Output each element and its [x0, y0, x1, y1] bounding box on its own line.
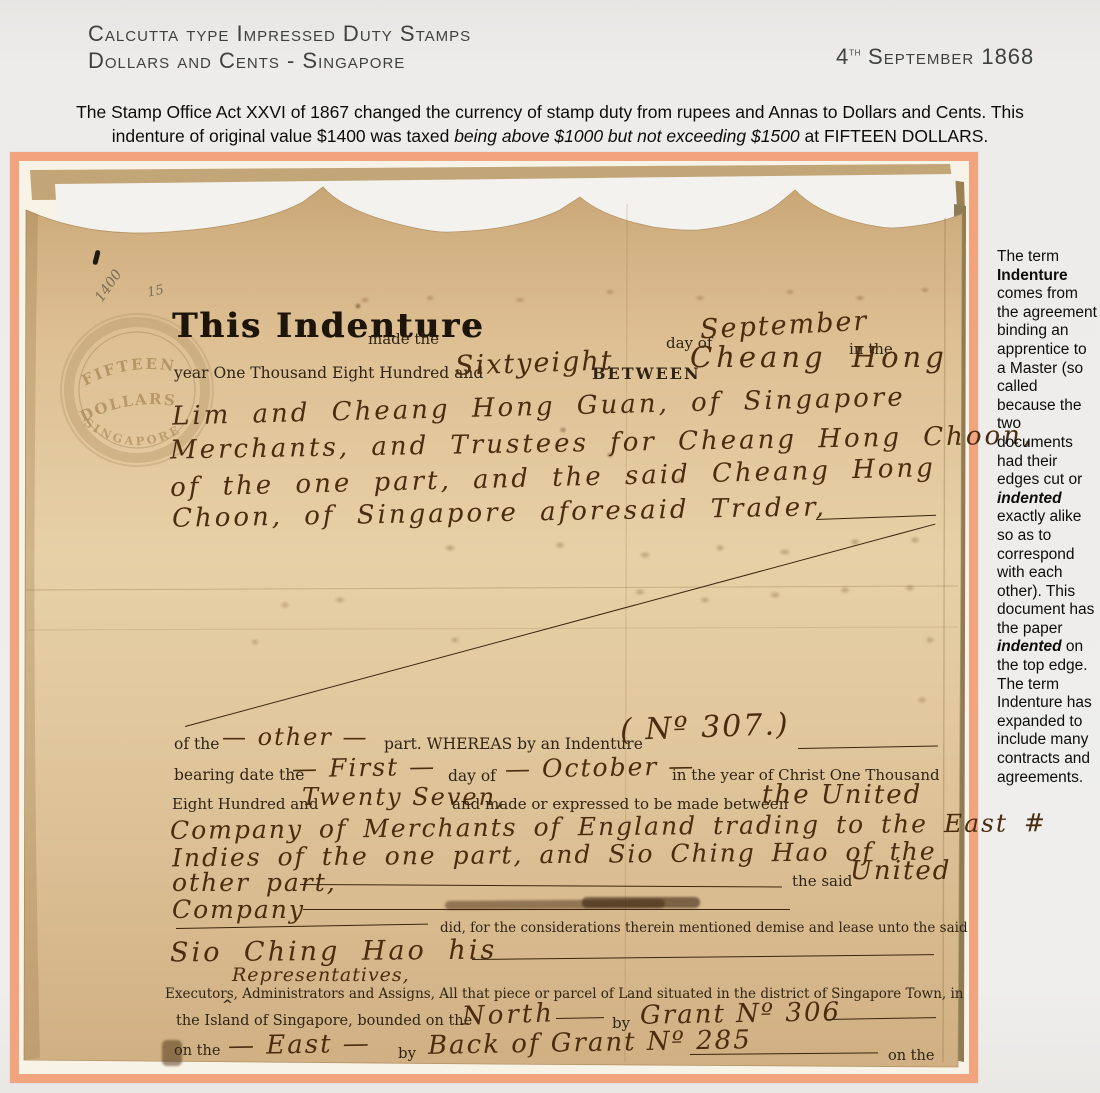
doc-year-printed: year One Thousand Eight Hundred and: [174, 364, 483, 382]
date-day: 4: [836, 44, 849, 69]
hw-grant-285: Back of Grant Nº 285: [428, 1025, 752, 1061]
doc-the-said: the said: [792, 872, 852, 890]
exhibit-page: Calcutta type Impressed Duty Stamps Doll…: [0, 0, 1100, 1093]
side-note-seg-6: indented: [997, 638, 1062, 655]
doc-made-the: made the: [368, 330, 439, 348]
hw-representatives: Representatives,: [232, 964, 410, 986]
hw-first: — First —: [292, 752, 437, 784]
hw-other: — other —: [222, 723, 368, 751]
side-note-seg-1: The term: [997, 248, 1059, 265]
hw-east: — East —: [228, 1029, 371, 1061]
date-rest: September 1868: [861, 44, 1034, 69]
doc-did-line: did, for the considerations therein ment…: [440, 920, 968, 936]
intro-paragraph: The Stamp Office Act XXVI of 1867 change…: [50, 100, 1050, 148]
hw-year: Sixtyeight: [455, 345, 615, 382]
hw-company-3: other part,: [172, 868, 337, 897]
doc-bearing: bearing date the: [174, 766, 304, 784]
hw-the-united: the United: [762, 780, 922, 810]
hw-indenture-no: ( Nº 307.): [619, 707, 790, 748]
doc-eight-hundred: Eight Hundred and: [172, 795, 318, 813]
title-line-1: Calcutta type Impressed Duty Stamps: [88, 20, 471, 47]
hw-north: North: [462, 998, 556, 1031]
doc-on-the-1: on the: [174, 1043, 220, 1059]
title-line-2: Dollars and Cents - Singapore: [88, 47, 471, 74]
doc-island-line: the Island of Singapore, bounded on the: [176, 1013, 472, 1029]
doc-on-the-2: on the: [888, 1048, 934, 1064]
doc-part-whereas: part. WHEREAS by an Indenture: [384, 735, 643, 753]
doc-between: BETWEEN: [592, 364, 701, 383]
intro-seg-2: being above $1000 but not exceeding $150…: [454, 126, 799, 146]
date-suffix: th: [849, 45, 861, 59]
ink-smear: [582, 897, 700, 908]
side-note-seg-3: comes from the agreement binding an appr…: [997, 285, 1097, 488]
side-note-seg-7: on the top edge. The term Indenture has …: [997, 638, 1092, 785]
hw-party1a: Cheang Hong: [690, 340, 948, 374]
hw-october: — October —: [505, 751, 696, 783]
side-note: The term Indenture comes from the agreem…: [997, 248, 1099, 787]
doc-by-2: by: [398, 1044, 416, 1062]
doc-executors-line: Executors, Administrators and Assigns, A…: [165, 986, 963, 1002]
doc-of-the: of the: [174, 735, 219, 753]
hw-united-2: United: [850, 856, 951, 886]
exhibit-date: 4th September 1868: [836, 44, 1034, 70]
side-note-seg-4: indented: [997, 490, 1062, 507]
intro-seg-3: at FIFTEEN DOLLARS.: [800, 126, 989, 146]
hw-company-4: Company: [172, 895, 305, 924]
page-title: Calcutta type Impressed Duty Stamps Doll…: [88, 20, 471, 74]
ink-rule: [303, 909, 790, 910]
side-note-seg-5: exactly alike so as to correspond with e…: [997, 508, 1094, 637]
side-note-seg-2: Indenture: [997, 267, 1068, 284]
